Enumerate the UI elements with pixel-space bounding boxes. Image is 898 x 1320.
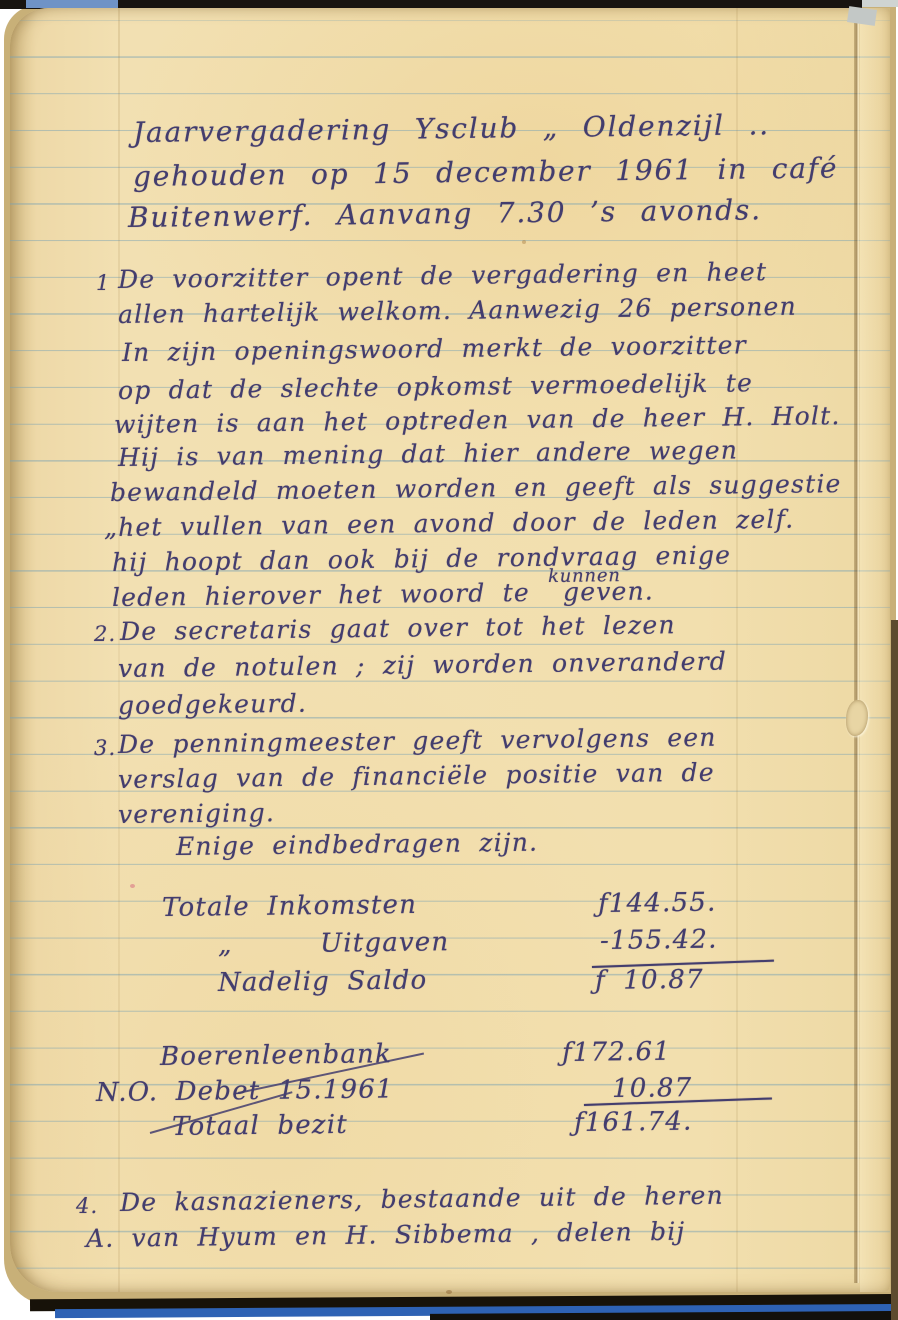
item-number: 4.	[76, 1194, 98, 1218]
bank-label: Totaal bezit	[172, 1110, 348, 1142]
minutes-line: goedgekeurd.	[118, 689, 307, 720]
minutes-line-part: leden hierover het woord te	[112, 578, 530, 612]
item-number: 1	[96, 271, 111, 295]
paper-speck	[130, 884, 135, 888]
item-number: 2.	[94, 622, 116, 646]
paper-speck	[446, 1290, 452, 1294]
amount-label: „ Uitgaven	[218, 927, 450, 960]
bank-value: 10.87	[612, 1073, 693, 1104]
minutes-line: Enige eindbedragen zijn.	[176, 828, 539, 861]
amount-label: Totale Inkomsten	[162, 890, 417, 923]
page-margin-right	[860, 8, 890, 1292]
item-number: 3.	[94, 736, 116, 760]
scan-right-edge	[891, 620, 898, 1320]
bank-value: ƒ172.61	[562, 1037, 671, 1068]
scan-top-edge-right	[862, 0, 898, 7]
scanned-minutes-page: Jaarvergadering Ysclub „ Oldenzijl .. ge…	[0, 0, 898, 1320]
amount-value: -155.42.	[600, 925, 718, 956]
minutes-line: vereniging.	[118, 798, 275, 829]
amount-label: Nadelig Saldo	[218, 965, 428, 998]
amount-value: ƒ 10.87	[595, 965, 704, 996]
paper-speck	[522, 240, 526, 244]
amount-value: ƒ144.55.	[598, 888, 717, 919]
paper-fold-right	[854, 12, 860, 1283]
bank-value: ƒ161.74.	[574, 1107, 693, 1138]
inserted-word: kunnen	[548, 565, 621, 587]
cover-blue-top-edge	[26, 0, 118, 8]
